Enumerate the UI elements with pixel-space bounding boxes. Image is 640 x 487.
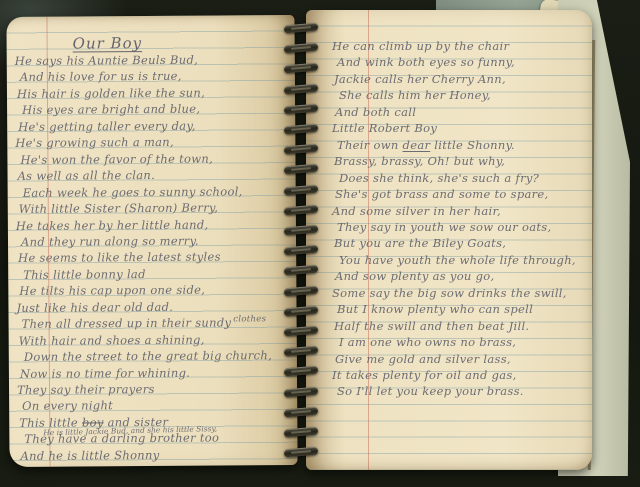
spiral-ring [284, 164, 319, 175]
spiral-ring [284, 265, 319, 276]
spiral-ring [284, 225, 319, 236]
spiral-ring [284, 245, 319, 256]
spiral-ring [284, 124, 319, 135]
spiral-ring [284, 427, 319, 438]
spiral-ring [284, 43, 319, 54]
spiral-ring [284, 386, 319, 397]
page-shading [306, 10, 592, 470]
spiral-ring [284, 447, 319, 458]
right-page: He can climb up by the chairAnd wink bot… [306, 10, 592, 470]
notebook-photo: Our Boy He says his Auntie Beuls Bud,And… [0, 0, 640, 487]
spiral-ring [284, 406, 319, 417]
spiral-ring [284, 184, 319, 195]
spiral-ring [284, 285, 319, 296]
spiral-ring [284, 305, 319, 316]
spiral-ring [284, 366, 319, 377]
spiral-ring [284, 103, 319, 114]
spiral-ring [284, 346, 319, 357]
page-shading [6, 15, 297, 467]
spiral-ring [284, 144, 319, 155]
spiral-ring [284, 83, 319, 94]
spiral-binding [283, 24, 321, 470]
spiral-ring [284, 23, 319, 34]
left-page: Our Boy He says his Auntie Beuls Bud,And… [6, 15, 297, 467]
spiral-ring [284, 326, 319, 337]
spiral-ring [284, 204, 319, 215]
spiral-ring [284, 63, 319, 74]
